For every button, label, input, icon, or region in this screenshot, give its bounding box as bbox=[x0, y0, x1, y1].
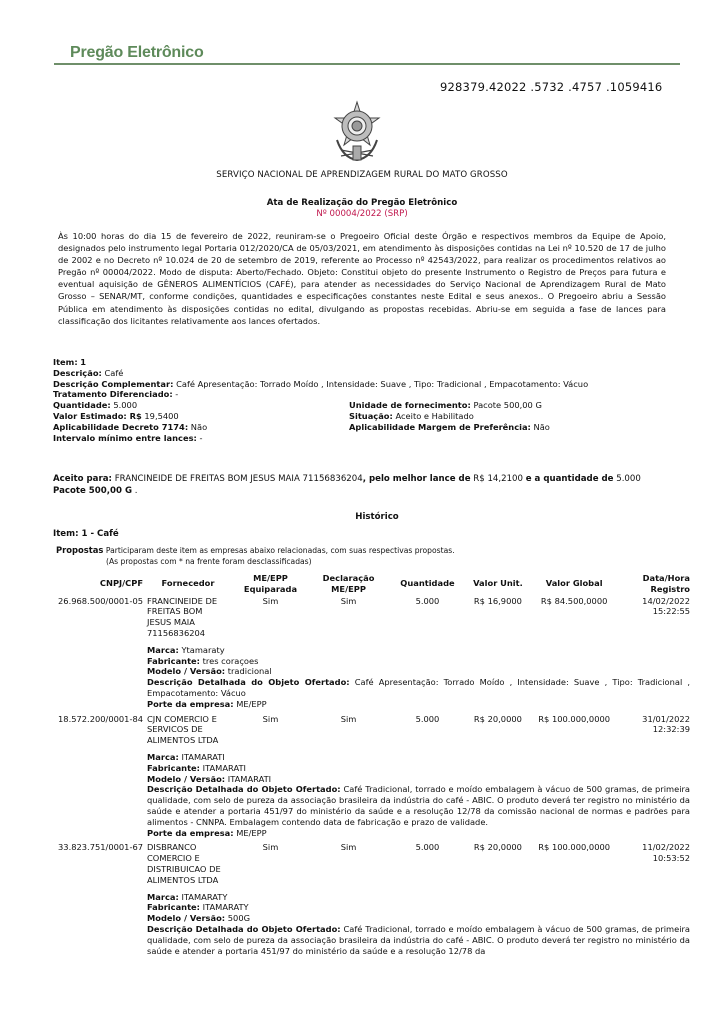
cell-valor-global: R$ 100.000,0000 bbox=[528, 713, 620, 746]
cell-quantidade: 5.000 bbox=[387, 713, 468, 746]
aceito-end: . bbox=[132, 486, 137, 496]
marca-value: Ytamaraty bbox=[181, 645, 224, 655]
intervalo-label: Intervalo mínimo entre lances: bbox=[53, 433, 197, 443]
desc-comp-label: Descrição Complementar: bbox=[53, 379, 173, 389]
descricao-detalhada-label: Descrição Detalhada do Objeto Ofertado: bbox=[147, 784, 341, 794]
cell-fornecedor: CJN COMERCIO E SERVICOS DE ALIMENTOS LTD… bbox=[145, 713, 231, 746]
propostas-intro: Propostas Participaram deste item as emp… bbox=[56, 545, 455, 567]
melhor-lance-label: , pelo melhor lance de bbox=[363, 474, 471, 484]
table-row-details: Marca: ITAMARATYFabricante: ITAMARATYMod… bbox=[48, 886, 692, 960]
header-divider bbox=[54, 63, 680, 65]
valor-label: Valor Estimado: R$ bbox=[53, 411, 142, 421]
col-valor-unit: Valor Unit. bbox=[468, 573, 528, 595]
cell-cnpj: 33.823.751/0001-67 bbox=[48, 841, 145, 885]
quantidade-value: 5.000 bbox=[113, 400, 137, 410]
table-header-row: CNPJ/CPF Fornecedor ME/EPPEquiparada Dec… bbox=[48, 573, 692, 595]
unidade-value: Pacote 500,00 G bbox=[473, 400, 541, 410]
organization-name: SERVIÇO NACIONAL DE APRENDIZAGEM RURAL D… bbox=[0, 170, 724, 180]
fabricante-value: tres coraçoes bbox=[203, 656, 259, 666]
decreto-label: Aplicabilidade Decreto 7174: bbox=[53, 422, 188, 432]
cell-cnpj: 18.572.200/0001-84 bbox=[48, 713, 145, 746]
page-header-title: Pregão Eletrônico bbox=[70, 44, 204, 62]
historico-title: Histórico bbox=[0, 512, 724, 522]
modelo-label: Modelo / Versão: bbox=[147, 774, 225, 784]
margem-label: Aplicabilidade Margem de Preferência: bbox=[349, 422, 531, 432]
cell-declaracao: Sim bbox=[310, 713, 387, 746]
porte-value: ME/EPP bbox=[236, 699, 266, 709]
propostas-label: Propostas bbox=[56, 545, 103, 555]
quantidade-label: Quantidade: bbox=[53, 400, 111, 410]
col-declaracao: DeclaraçãoME/EPP bbox=[310, 573, 387, 595]
table-row: 33.823.751/0001-67DISBRANCO COMERCIO E D… bbox=[48, 841, 692, 885]
descricao-detalhada-label: Descrição Detalhada do Objeto Ofertado: bbox=[147, 924, 341, 934]
decreto-value: Não bbox=[191, 422, 207, 432]
cell-data-hora: 14/02/202215:22:55 bbox=[620, 595, 692, 639]
porte-label: Porte da empresa: bbox=[147, 699, 234, 709]
modelo-value: 500G bbox=[228, 913, 250, 923]
historico-item-title: Item: 1 - Café bbox=[53, 529, 119, 539]
aceito-unidade: Pacote 500,00 G bbox=[53, 486, 132, 496]
cell-me-epp: Sim bbox=[231, 713, 310, 746]
unidade-label: Unidade de fornecimento: bbox=[349, 400, 471, 410]
cell-valor-unit: R$ 16,9000 bbox=[468, 595, 528, 639]
cell-me-epp: Sim bbox=[231, 595, 310, 639]
cell-valor-global: R$ 84.500,0000 bbox=[528, 595, 620, 639]
aceito-statement: Aceito para: FRANCINEIDE DE FREITAS BOM … bbox=[53, 473, 673, 497]
col-data-hora: Data/HoraRegistro bbox=[620, 573, 692, 595]
brazil-coat-of-arms-icon bbox=[329, 100, 385, 166]
marca-label: Marca: bbox=[147, 892, 179, 902]
intro-paragraph: Às 10:00 horas do dia 15 de fevereiro de… bbox=[58, 230, 666, 327]
cell-valor-unit: R$ 20,0000 bbox=[468, 841, 528, 885]
modelo-value: ITAMARATI bbox=[228, 774, 271, 784]
cell-data-hora: 11/02/202210:53:52 bbox=[620, 841, 692, 885]
fabricante-label: Fabricante: bbox=[147, 763, 200, 773]
modelo-value: tradicional bbox=[228, 666, 272, 676]
cell-fornecedor: DISBRANCO COMERCIO E DISTRIBUICAO DE ALI… bbox=[145, 841, 231, 885]
proposal-details: Marca: YtamaratyFabricante: tres coraçoe… bbox=[147, 640, 690, 713]
cell-valor-global: R$ 100.000,0000 bbox=[528, 841, 620, 885]
descricao-detalhada-label: Descrição Detalhada do Objeto Ofertado: bbox=[147, 677, 350, 687]
item-details: Item: 1 Descrição: Café Descrição Comple… bbox=[53, 357, 673, 443]
cell-fornecedor: FRANCINEIDE DE FREITAS BOM JESUS MAIA 71… bbox=[145, 595, 231, 639]
col-fornecedor: Fornecedor bbox=[145, 573, 231, 595]
cell-cnpj: 26.968.500/0001-05 bbox=[48, 595, 145, 639]
situacao-value: Aceito e Habilitado bbox=[395, 411, 473, 421]
marca-value: ITAMARATY bbox=[181, 892, 227, 902]
proposals-table: CNPJ/CPF Fornecedor ME/EPPEquiparada Dec… bbox=[48, 573, 692, 959]
fabricante-value: ITAMARATY bbox=[203, 902, 249, 912]
propostas-text: Participaram deste item as empresas abai… bbox=[106, 546, 455, 555]
aceito-label: Aceito para: bbox=[53, 474, 112, 484]
col-quantidade: Quantidade bbox=[387, 573, 468, 595]
modelo-label: Modelo / Versão: bbox=[147, 913, 225, 923]
cell-valor-unit: R$ 20,0000 bbox=[468, 713, 528, 746]
fabricante-label: Fabricante: bbox=[147, 902, 200, 912]
col-me-epp: ME/EPPEquiparada bbox=[231, 573, 310, 595]
marca-label: Marca: bbox=[147, 752, 179, 762]
document-code: 928379.42022 .5732 .4757 .1059416 bbox=[440, 80, 662, 94]
melhor-lance-value: R$ 14,2100 bbox=[473, 474, 523, 484]
item-number: 1 bbox=[80, 357, 86, 367]
modelo-label: Modelo / Versão: bbox=[147, 666, 225, 676]
proposal-details: Marca: ITAMARATIFabricante: ITAMARATIMod… bbox=[147, 747, 690, 841]
table-row: 26.968.500/0001-05FRANCINEIDE DE FREITAS… bbox=[48, 595, 692, 639]
aceito-quantidade-label: e a quantidade de bbox=[526, 474, 614, 484]
desc-comp-value: Café Apresentação: Torrado Moído , Inten… bbox=[176, 379, 588, 389]
item-label: Item: bbox=[53, 357, 78, 367]
ata-number: Nº 00004/2022 (SRP) bbox=[0, 209, 724, 219]
intervalo-value: - bbox=[200, 433, 203, 443]
cell-declaracao: Sim bbox=[310, 841, 387, 885]
cell-quantidade: 5.000 bbox=[387, 595, 468, 639]
table-row-details: Marca: ITAMARATIFabricante: ITAMARATIMod… bbox=[48, 746, 692, 841]
marca-value: ITAMARATI bbox=[181, 752, 224, 762]
fabricante-label: Fabricante: bbox=[147, 656, 200, 666]
col-cnpj: CNPJ/CPF bbox=[48, 573, 145, 595]
table-row: 18.572.200/0001-84CJN COMERCIO E SERVICO… bbox=[48, 713, 692, 746]
proposal-details: Marca: ITAMARATYFabricante: ITAMARATYMod… bbox=[147, 887, 690, 960]
valor-value: 19,5400 bbox=[144, 411, 178, 421]
cell-quantidade: 5.000 bbox=[387, 841, 468, 885]
porte-label: Porte da empresa: bbox=[147, 828, 234, 838]
aceito-supplier: FRANCINEIDE DE FREITAS BOM JESUS MAIA 71… bbox=[115, 474, 363, 484]
cell-me-epp: Sim bbox=[231, 841, 310, 885]
cell-declaracao: Sim bbox=[310, 595, 387, 639]
tratamento-label: Tratamento Diferenciado: bbox=[53, 389, 173, 399]
col-valor-global: Valor Global bbox=[528, 573, 620, 595]
marca-label: Marca: bbox=[147, 645, 179, 655]
tratamento-value: - bbox=[175, 389, 178, 399]
aceito-quantidade-value: 5.000 bbox=[616, 474, 641, 484]
descricao-label: Descrição: bbox=[53, 368, 102, 378]
propostas-note: (As propostas com * na frente foram desc… bbox=[56, 556, 455, 567]
cell-data-hora: 31/01/202212:32:39 bbox=[620, 713, 692, 746]
situacao-label: Situação: bbox=[349, 411, 393, 421]
table-row-details: Marca: YtamaratyFabricante: tres coraçoe… bbox=[48, 639, 692, 713]
margem-value: Não bbox=[534, 422, 550, 432]
fabricante-value: ITAMARATI bbox=[203, 763, 246, 773]
descricao-value: Café bbox=[104, 368, 123, 378]
ata-title: Ata de Realização do Pregão Eletrônico bbox=[0, 198, 724, 208]
porte-value: ME/EPP bbox=[236, 828, 266, 838]
